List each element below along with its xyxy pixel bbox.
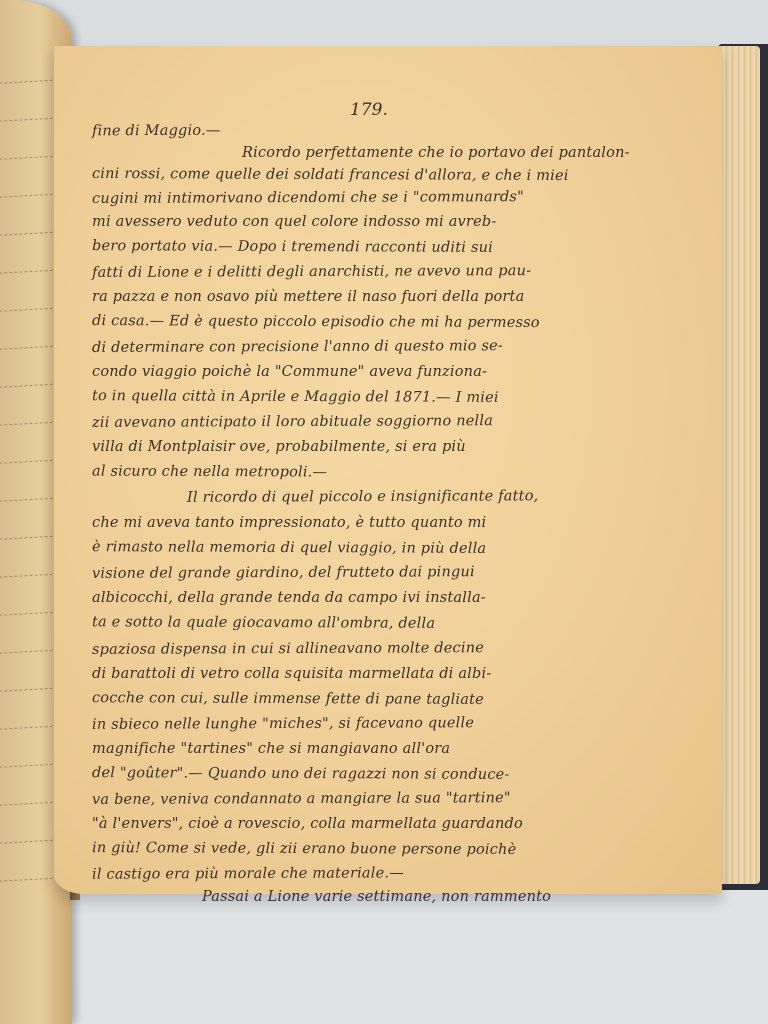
- manuscript-line: fatti di Lione e i delitti degli anarchi…: [92, 260, 531, 284]
- manuscript-line: al sicuro che nella metropoli.—: [92, 460, 327, 483]
- manuscript-line: cini rossi, come quelle dei soldati fran…: [92, 163, 569, 187]
- manuscript-line: in sbieco nelle lunghe "miches", si face…: [92, 712, 474, 736]
- manuscript-line: condo viaggio poichè la "Commune" aveva …: [92, 361, 487, 383]
- manuscript-line: Il ricordo di quel piccolo e insignifica…: [187, 485, 539, 509]
- manuscript-line: zii avevano anticipato il loro abituale …: [92, 410, 493, 434]
- manuscript-line: spaziosa dispensa in cui si allineavano …: [92, 637, 484, 661]
- manuscript-line: bero portato via.— Dopo i tremendi racco…: [92, 235, 493, 259]
- page-number: 179.: [350, 100, 388, 120]
- manuscript-line: di barattoli di vetro colla squisita mar…: [92, 663, 491, 685]
- manuscript-line: in giù! Come si vede, gli zii erano buon…: [92, 837, 516, 861]
- manuscript-line: di casa.— Ed è questo piccolo episodio c…: [92, 310, 540, 334]
- manuscript-line: villa di Montplaisir ove, probabilmente,…: [92, 436, 466, 458]
- manuscript-line: visione del grande giardino, del fruttet…: [92, 561, 475, 585]
- manuscript-line: fine di Maggio.—: [92, 120, 221, 143]
- manuscript-line: va bene, veniva condannato a mangiare la…: [92, 787, 511, 811]
- manuscript-line: è rimasto nella memoria di quel viaggio,…: [92, 536, 486, 560]
- manuscript-line: di determinare con precisione l'anno di …: [92, 335, 503, 359]
- manuscript-line: ra pazza e non osavo più mettere il naso…: [92, 286, 524, 308]
- page-stack-edges: [716, 46, 760, 884]
- manuscript-line: ta e sotto la quale giocavamo all'ombra,…: [92, 611, 435, 634]
- manuscript-line: che mi aveva tanto impressionato, è tutt…: [92, 512, 486, 534]
- manuscript-line: del "goûter".— Quando uno dei ragazzi no…: [92, 762, 510, 786]
- manuscript-line: to in quella città in Aprile e Maggio de…: [92, 385, 499, 409]
- manuscript-line: "à l'envers", cioè a rovescio, colla mar…: [92, 813, 523, 835]
- manuscript-line: il castigo era più morale che materiale.…: [92, 862, 404, 885]
- manuscript-line: mi avessero veduto con quel colore indos…: [92, 211, 496, 233]
- manuscript-line: cugini mi intimorivano dicendomi che se …: [92, 186, 524, 210]
- manuscript-line: Passai a Lione varie settimane, non ramm…: [202, 886, 551, 908]
- manuscript-line: magnifiche "tartines" che si mangiavano …: [92, 738, 450, 760]
- manuscript-line: Ricordo perfettamente che io portavo dei…: [242, 142, 630, 164]
- manuscript-line: albicocchi, della grande tenda da campo …: [92, 587, 486, 609]
- manuscript-line: cocche con cui, sulle immense fette di p…: [92, 687, 484, 711]
